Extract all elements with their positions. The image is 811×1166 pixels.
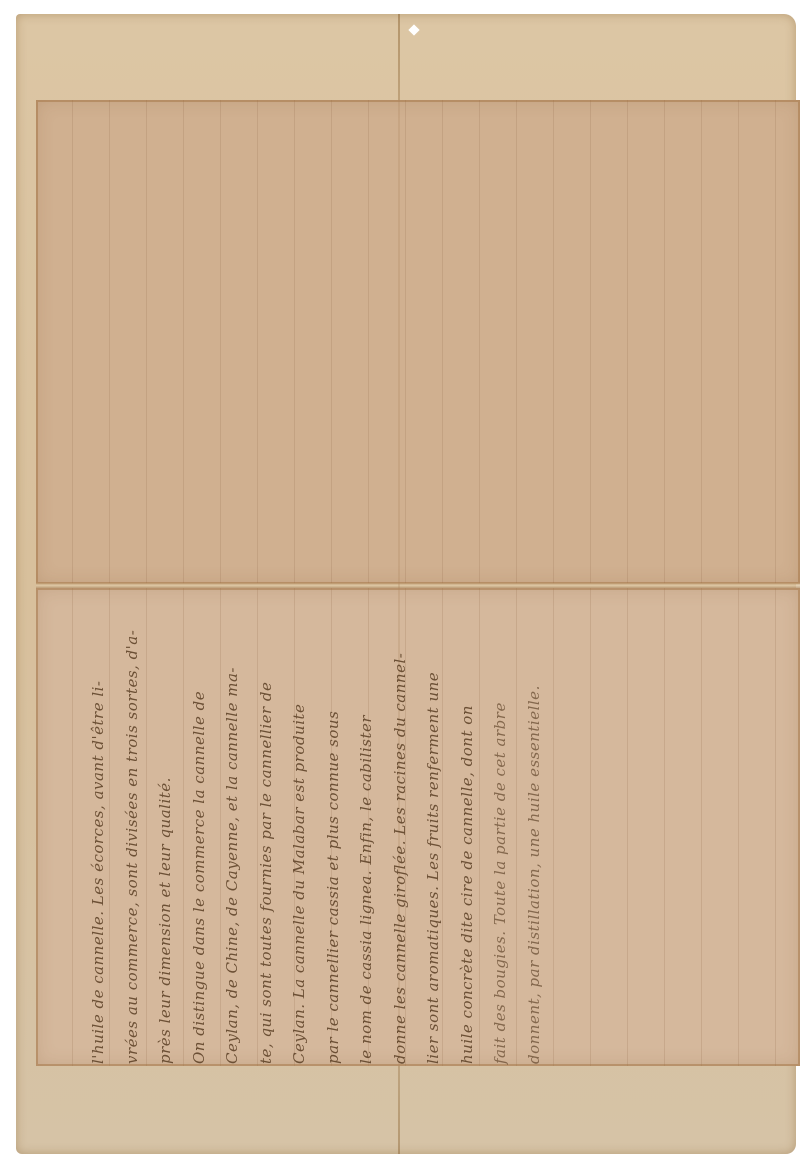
handwritten-line: huile concrète dite cire de cannelle, do… [451,594,485,1064]
bottom-margin [36,1066,800,1152]
handwritten-line: près leur dimension et leur qualité. [149,594,183,1064]
top-fold-notch [408,24,419,35]
handwritten-line: On distingue dans le commerce la cannell… [183,594,217,1064]
handwritten-line: lier sont aromatiques. Les fruits renfer… [417,594,451,1064]
handwritten-line: te, qui sont toutes fournies par le cann… [250,594,284,1064]
handwritten-line: Ceylan. La cannelle du Malabar est produ… [283,594,317,1064]
handwritten-line: l'huile de cannelle. Les écorces, avant … [82,594,116,1064]
handwritten-line: Ceylan, de Chine, de Cayenne, et la cann… [216,594,250,1064]
upper-ruled-panel [36,100,800,584]
handwritten-line: fait des bougies. Toute la partie de cet… [484,594,518,1064]
handwritten-line: vrées au commerce, sont divisées en troi… [116,594,150,1064]
handwritten-text-block: l'huile de cannelle. Les écorces, avant … [82,594,551,1064]
handwritten-line: par le cannellier cassia et plus connue … [317,594,351,1064]
handwritten-line: le nom de cassia lignea. Enfin, le cabil… [350,594,384,1064]
handwritten-line: donnent, par distillation, une huile ess… [518,594,552,1064]
handwritten-line: donne les cannelle giroflée. Les racines… [384,594,418,1064]
